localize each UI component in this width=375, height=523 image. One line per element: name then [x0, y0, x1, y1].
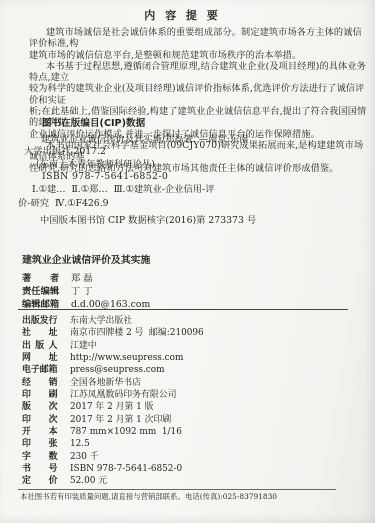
cip-classification: Ⅰ.①建… Ⅱ.①郑… Ⅲ.①建筑业-企业信用-评 价-研究 Ⅳ.①F426.9: [18, 183, 348, 210]
colophon-row: 印 张12.5: [22, 438, 362, 450]
cip-heading: 图书在版编目(CIP)数据: [42, 115, 145, 129]
colophon-row: 书 号ISBN 978-7-5641-6852-0: [22, 463, 362, 475]
colophon-value: 江建中: [70, 341, 97, 351]
colophon-value: 2017 年 2 月第 1 版: [70, 402, 153, 412]
colophon-label: 印 次: [22, 414, 66, 426]
credit-label: 著 者: [22, 272, 62, 285]
colophon-value: 江苏凤凰数码印务有限公司: [70, 390, 177, 400]
colophon-label: 印 张: [22, 438, 66, 450]
colophon-value: http://www.seupress.com: [70, 353, 183, 363]
credit-value: 郑 磊: [71, 273, 93, 284]
colophon-row: 字 数230 千: [22, 451, 362, 463]
colophon-label: 出 版 人: [22, 340, 66, 352]
colophon-value: ISBN 978-7-5641-6852-0: [70, 464, 182, 474]
scanned-colophon-page: 内 容 提 要 建筑市场诚信是社会诚信体系的重要组成部分。制定建筑市场各方主体的…: [0, 0, 375, 523]
colophon-label: 版 次: [22, 401, 66, 413]
colophon-value: press@seupress.com: [70, 365, 165, 375]
cip-description: 建筑业企业诚信评价及其实施/郑磊著. —南京:东南 大学出版社,2017.2 (…: [24, 134, 248, 184]
colophon-value: 230 千: [70, 452, 99, 462]
cip-line: (东南土木青年教师科研论丛): [24, 159, 248, 171]
abstract-heading: 内 容 提 要: [0, 7, 365, 23]
divider-bottom: [18, 489, 336, 490]
cip-line: 大学出版社,2017.2: [24, 146, 248, 158]
colophon-label: 网 址: [22, 352, 66, 364]
colophon-value: 东南大学出版社: [70, 316, 132, 326]
colophon-value: 2017 年 2 月第 1 次印刷: [70, 415, 171, 425]
credit-label: 责任编辑: [22, 285, 62, 298]
colophon-row: 出版发行东南大学出版社: [22, 315, 362, 327]
credit-value: 丁 丁: [71, 286, 93, 297]
cip-record-number: 中国版本图书馆 CIP 数据核字(2016)第 273373 号: [40, 212, 256, 226]
colophon-label: 书 号: [22, 463, 66, 475]
colophon-block: 出版发行东南大学出版社 社 址南京市四牌楼 2 号 邮编:210096 出 版 …: [22, 315, 362, 488]
colophon-row: 网 址http://www.seupress.com: [22, 352, 362, 364]
colophon-label: 字 数: [22, 451, 66, 463]
quality-notice: 本社图书若有印装质量问题,请直接与营销部联系。电话(传真):025-837918…: [20, 492, 350, 502]
colophon-label: 经 销: [22, 377, 66, 389]
cip-line: 建筑业企业诚信评价及其实施/郑磊著. —南京:东南: [24, 134, 248, 146]
colophon-row: 电子邮箱press@seupress.com: [22, 364, 362, 376]
colophon-row: 印 刷江苏凤凰数码印务有限公司: [22, 389, 362, 401]
colophon-label: 开 本: [22, 426, 66, 438]
cip-line: ISBN 978-7-5641-6852-0: [24, 171, 248, 183]
colophon-label: 社 址: [22, 327, 66, 339]
colophon-value: 全国各地新华书店: [70, 378, 141, 388]
credit-row: 著 者郑 磊: [22, 272, 150, 285]
colophon-row: 开 本787 mm×1092 mm 1/16: [22, 426, 362, 438]
colophon-label: 印 刷: [22, 389, 66, 401]
colophon-label: 电子邮箱: [22, 364, 66, 376]
colophon-value: 南京市四牌楼 2 号 邮编:210096: [70, 328, 204, 338]
colophon-value: 52.00 元: [70, 476, 107, 486]
colophon-row: 出 版 人江建中: [22, 340, 362, 352]
colophon-row: 版 次2017 年 2 月第 1 版: [22, 401, 362, 413]
colophon-value: 12.5: [70, 439, 90, 449]
divider-top: [18, 309, 348, 310]
book-title: 建筑业企业诚信评价及其实施: [22, 252, 150, 266]
colophon-value: 787 mm×1092 mm 1/16: [70, 427, 182, 437]
abstract-paragraph: 建筑市场诚信是社会诚信体系的重要组成部分。制定建筑市场各方主体的诚信评价标准,构…: [29, 27, 371, 61]
colophon-row: 社 址南京市四牌楼 2 号 邮编:210096: [22, 327, 362, 339]
colophon-label: 定 价: [22, 475, 66, 487]
colophon-row: 经 销全国各地新华书店: [22, 377, 362, 389]
colophon-label: 出版发行: [22, 315, 66, 327]
credit-row: 责任编辑丁 丁: [22, 285, 150, 298]
colophon-row: 印 次2017 年 2 月第 1 次印刷: [22, 414, 362, 426]
colophon-row: 定 价52.00 元: [22, 475, 362, 487]
credits-block: 建筑业企业诚信评价及其实施 著 者郑 磊 责任编辑丁 丁 编辑邮箱d.d.00@…: [22, 252, 150, 312]
